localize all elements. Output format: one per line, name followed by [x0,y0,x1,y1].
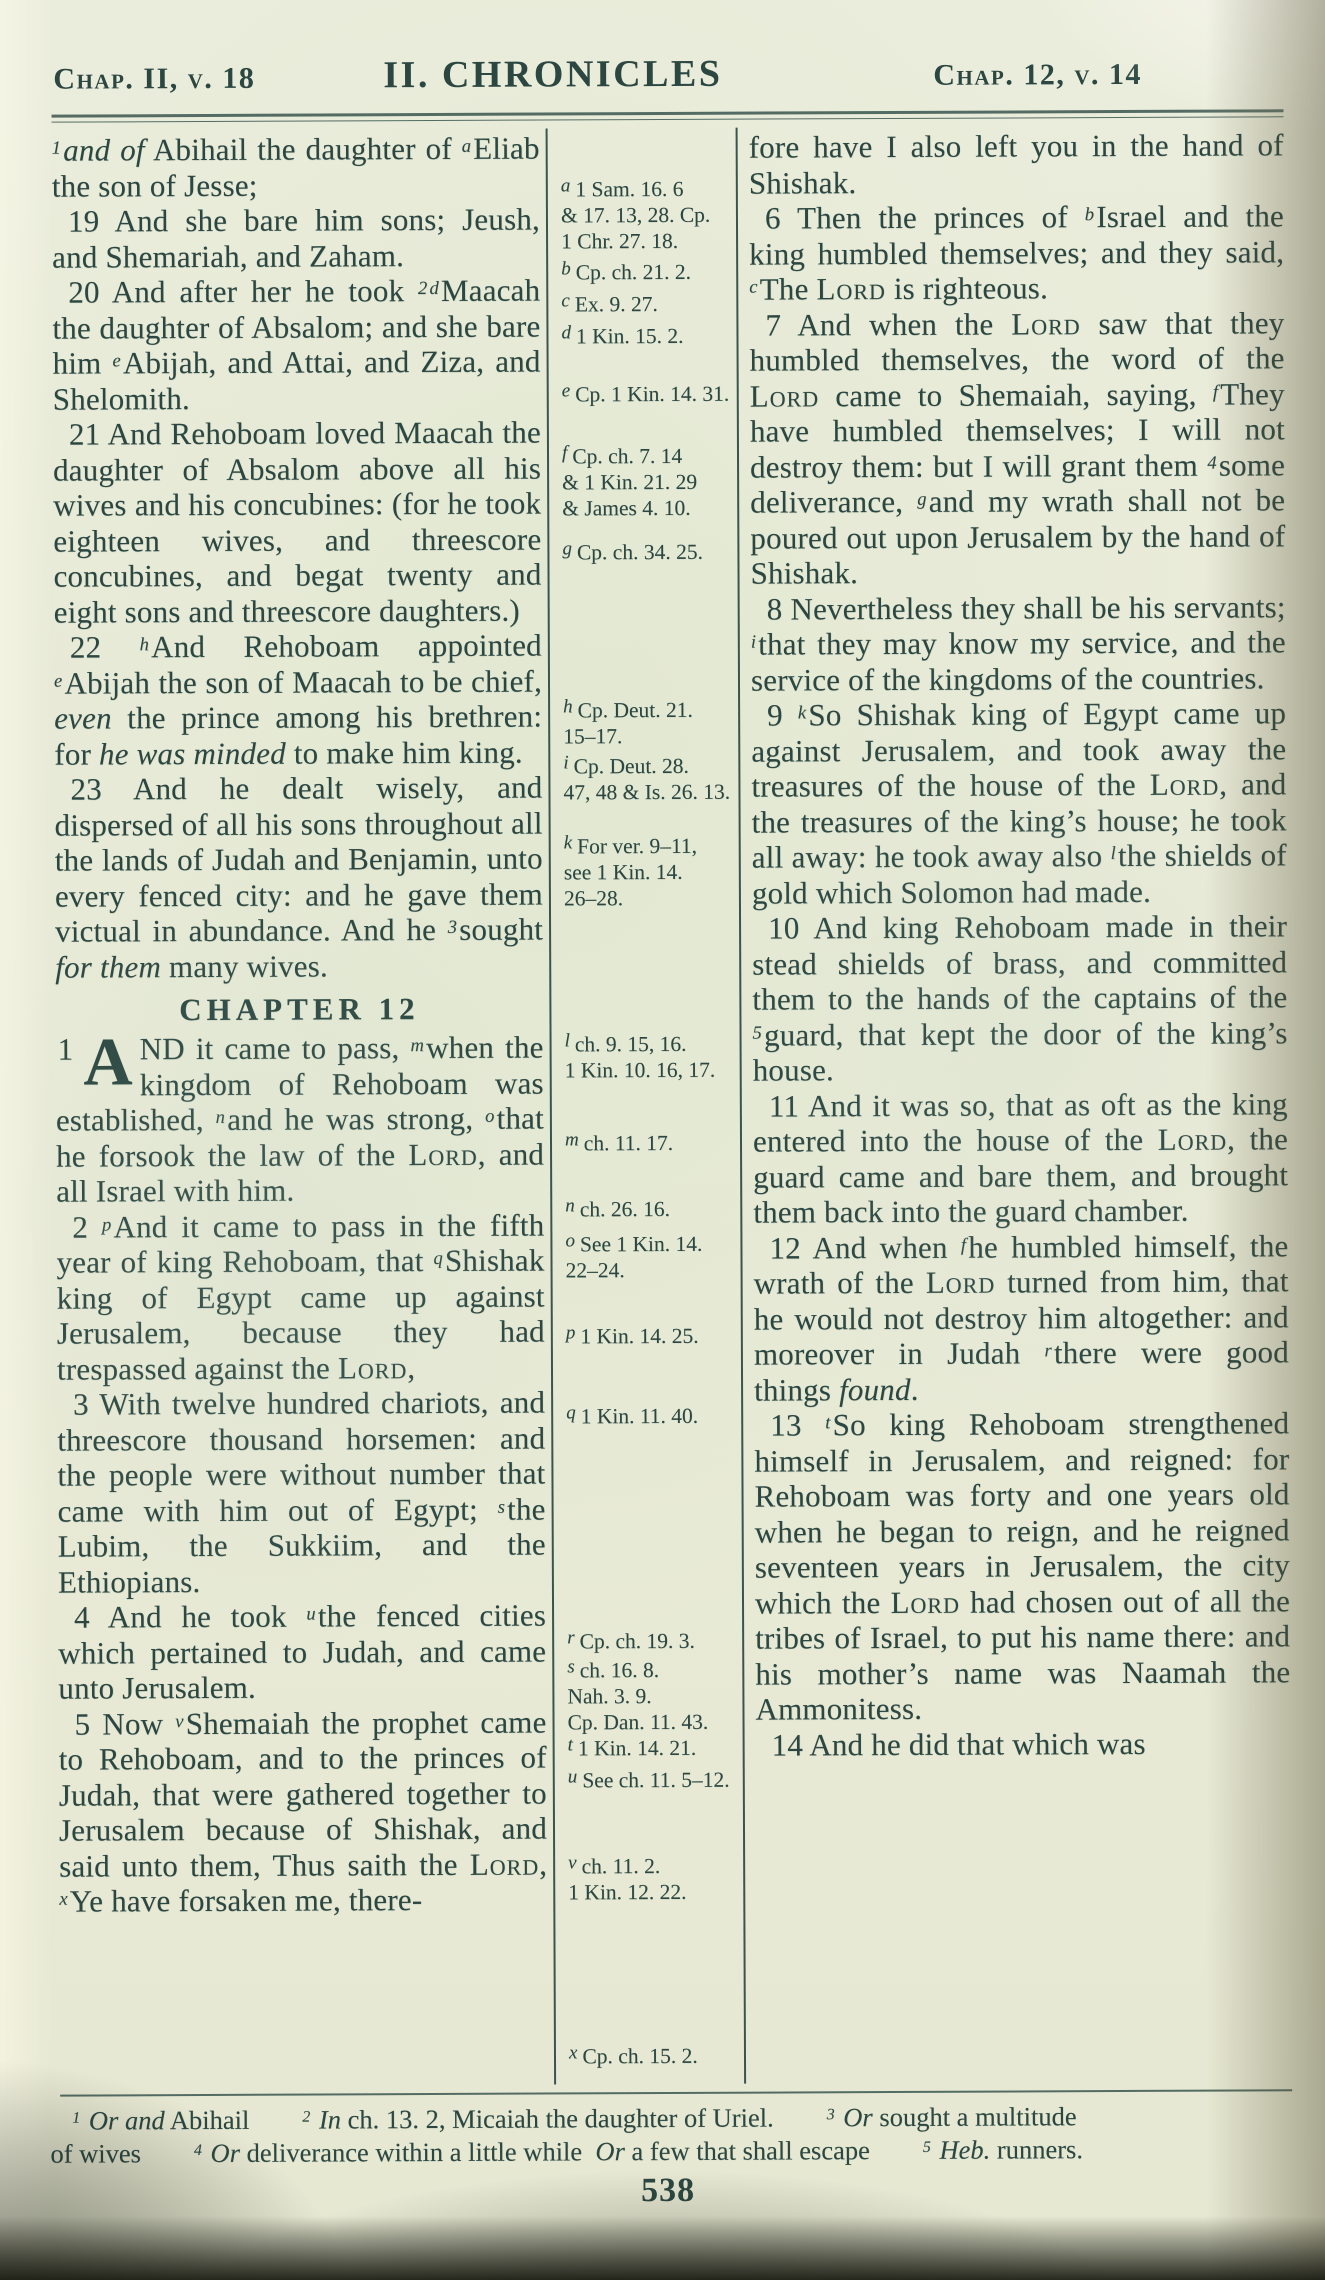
running-head-left: Chap. II, v. 18 [53,62,255,97]
verse-paragraph: 7 And when the Lord saw that they humble… [749,305,1285,591]
footnote-line: 1 Or and Abihail 2 In ch. 13. 2, Micaiah… [50,2099,1288,2137]
verse-paragraph: 9 kSo Shishak king of Egypt came up agai… [751,695,1287,910]
verse-paragraph: 14 And he did that which was [756,1725,1291,1763]
right-text-column: fore have I also left you in the hand of… [749,127,1291,1762]
cross-reference: iCp. Deut. 28.47, 48 & Is. 26. 13. [563,750,733,806]
footnote-rule [60,2089,1292,2096]
verse-paragraph: 11 And it was so, that as oft as the kin… [753,1086,1289,1230]
cross-reference: q1 Kin. 11. 40. [566,1400,736,1430]
reference-letter: c [561,290,570,311]
verse-paragraph: 13 tSo king Rehoboam strengthened himsel… [754,1405,1290,1727]
reference-letter: b [561,258,571,279]
cross-reference: xCp. ch. 15. 2. [569,2040,739,2070]
cross-reference: fCp. ch. 7. 14& 1 Kin. 21. 29& James 4. … [562,440,732,522]
header-double-rule [52,109,1284,122]
cross-reference: kFor ver. 9–11,see 1 Kin. 14.26–28. [564,830,734,912]
cross-reference-column: a1 Sam. 16. 6& 17. 13, 28. Cp.1 Chr. 27.… [546,128,747,2085]
cross-reference: d1 Kin. 15. 2. [561,320,731,350]
running-head-right: Chap. 12, v. 14 [933,58,1142,93]
cross-reference: uSee ch. 11. 5–12. [568,1764,738,1794]
verse-paragraph: 8 Nevertheless they shall be his servant… [751,589,1286,698]
page-number: 538 [6,2169,1325,2213]
verse-paragraph: 12 And when fhe humbled himself, the wra… [753,1228,1289,1408]
cross-reference: lch. 9. 15, 16.1 Kin. 10. 16, 17. [565,1028,735,1084]
verse-paragraph: 4 And he took uthe fenced cities which p… [58,1598,546,1707]
verse-number: 1 [58,1032,74,1068]
cross-reference: rCp. ch. 19. 3. [567,1625,737,1655]
text-columns: 1and of Abihail the daughter of aEliab t… [52,125,1293,2086]
reference-letter: v [568,1852,577,1873]
reference-letter: t [568,1734,573,1755]
verse-paragraph: 22 hAnd Rehoboam appointed eAbijah the s… [54,628,543,772]
book-title: II. CHRONICLES [383,52,722,97]
left-text-column: 1and of Abihail the daughter of aEliab t… [52,131,548,1920]
reference-letter: l [565,1030,570,1051]
cross-reference: mch. 11. 17. [565,1127,735,1157]
cross-reference: a1 Sam. 16. 6& 17. 13, 28. Cp.1 Chr. 27.… [561,173,731,255]
reference-letter: o [565,1230,575,1251]
reference-letter: m [565,1129,579,1150]
verse-paragraph: 5 Now vShemaiah the prophet came to Reho… [58,1704,547,1919]
reference-letter: g [562,538,572,559]
verse-paragraph: 6 Then the princes of bIsrael and the ki… [749,198,1284,307]
verse-paragraph: 19 And she bare him sons; Jeush, and She… [52,202,540,275]
verse-paragraph: 10 And king Rehoboam made in their stead… [752,908,1288,1088]
continuation-paragraph: fore have I also left you in the hand of… [749,127,1284,200]
book-page-scan: Chap. II, v. 18 II. CHRONICLES Chap. 12,… [0,0,1325,2280]
drop-cap: A [83,1034,133,1088]
footnote-line: of wives 4 Or deliverance within a littl… [50,2132,1288,2170]
cross-reference: p1 Kin. 14. 25. [566,1320,736,1350]
footnotes: 1 Or and Abihail 2 In ch. 13. 2, Micaiah… [50,2099,1288,2170]
continuation-paragraph: 1and of Abihail the daughter of aEliab t… [52,131,540,204]
verse-paragraph: 21 And Rehoboam loved Maacah the daughte… [53,415,542,630]
cross-reference: sch. 16. 8.Nah. 3. 9.Cp. Dan. 11. 43. [567,1654,737,1736]
reference-letter: f [562,442,567,463]
reference-letter: x [569,2042,578,2063]
cross-reference: hCp. Deut. 21.15–17. [563,694,733,750]
reference-letter: a [561,175,571,196]
cross-reference: nch. 26. 16. [565,1193,735,1223]
verse-paragraph: 2 pAnd it came to pass in the fifth year… [56,1207,545,1387]
reference-letter: s [567,1656,574,1677]
verse-paragraph: 1AND it came to pass, mwhen the kingdom … [56,1030,545,1210]
cross-reference: oSee 1 Kin. 14.22–24. [565,1228,735,1284]
reference-letter: p [566,1322,576,1343]
cross-reference: gCp. ch. 34. 25. [562,536,732,566]
reference-letter: d [561,322,571,343]
cross-reference: cEx. 9. 27. [561,288,731,318]
cross-reference: eCp. 1 Kin. 14. 31. [562,378,732,408]
reference-letter: q [566,1402,576,1423]
reference-letter: r [567,1627,574,1648]
cross-reference: bCp. ch. 21. 2. [561,256,731,286]
cross-reference: t1 Kin. 14. 21. [568,1732,738,1762]
verse-paragraph: 20 And after her he took 2dMaacah the da… [52,273,541,417]
verse-paragraph: 23 And he dealt wisely, and dispersed of… [54,770,543,985]
reference-letter: i [563,752,568,773]
chapter-heading: CHAPTER 12 [55,991,543,1028]
reference-letter: h [563,696,573,717]
page-header: Chap. II, v. 18 II. CHRONICLES Chap. 12,… [53,49,1281,110]
reference-letter: u [568,1766,578,1787]
cross-reference: vch. 11. 2.1 Kin. 12. 22. [568,1850,738,1906]
reference-letter: e [562,380,571,401]
page-content: Chap. II, v. 18 II. CHRONICLES Chap. 12,… [0,0,1325,2280]
reference-letter: n [565,1195,575,1216]
reference-letter: k [564,832,573,853]
verse-paragraph: 3 With twelve hundred chariots, and thre… [57,1385,546,1600]
